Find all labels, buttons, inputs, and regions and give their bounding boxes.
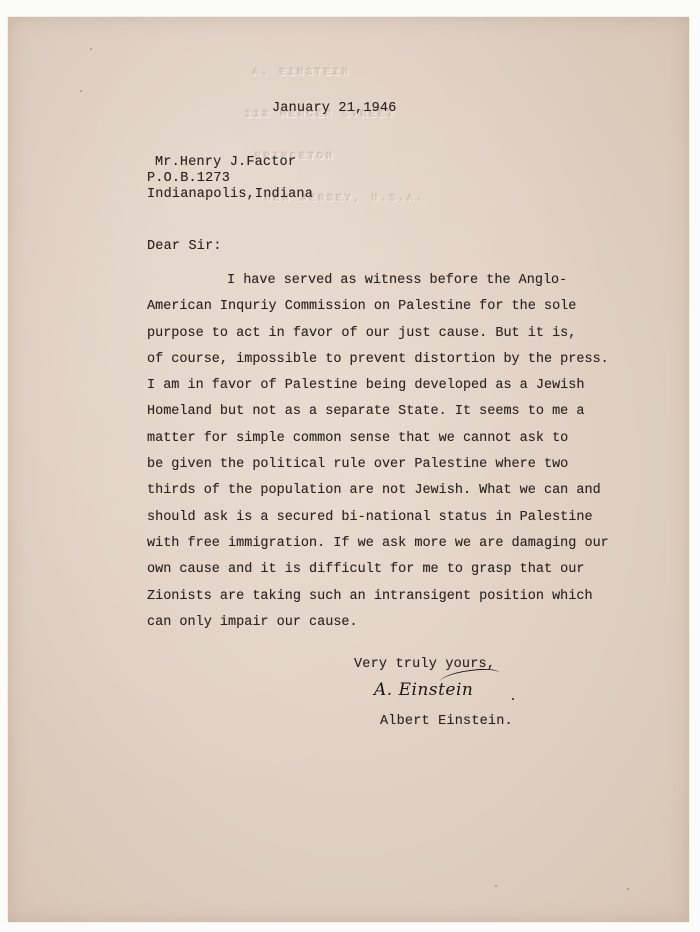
recipient-address-line1: P.O.B.1273 (147, 171, 230, 187)
body-line: Zionists are taking such an intransigent… (147, 584, 627, 610)
body-line: can only impair our cause. (147, 610, 627, 636)
paper-speck (627, 888, 629, 890)
recipient-address-line2: Indianapolis,Indiana (147, 187, 313, 203)
body-line: American Inquriy Commission on Palestine… (147, 294, 627, 320)
body-line: with free immigration. If we ask more we… (147, 531, 627, 557)
paper-speck (495, 885, 497, 887)
body-line: thirds of the population are not Jewish.… (147, 478, 627, 504)
typed-signatory-name: Albert Einstein. (380, 714, 513, 729)
handwritten-signature: A. Einstein (374, 680, 473, 700)
recipient-name: Mr.Henry J.Factor (155, 155, 296, 171)
body-line: I have served as witness before the Angl… (147, 268, 627, 294)
body-line: of course, impossible to prevent distort… (147, 347, 627, 373)
body-line: matter for simple common sense that we c… (147, 426, 627, 452)
paper-speck (80, 90, 82, 92)
paper-speck (90, 48, 92, 50)
body-line: Homeland but not as a separate State. It… (147, 399, 627, 425)
body-line: purpose to act in favor of our just caus… (147, 321, 627, 347)
body-line: should ask is a secured bi-national stat… (147, 505, 627, 531)
letter-date: January 21,1946 (272, 101, 397, 116)
body-line: own cause and it is difficult for me to … (147, 557, 627, 583)
signature-dot (512, 698, 514, 700)
salutation: Dear Sir: (147, 239, 222, 254)
letter-body: I have served as witness before the Angl… (147, 268, 627, 636)
body-line: be given the political rule over Palesti… (147, 452, 627, 478)
letterhead-line: A. EINSTEIN (245, 66, 425, 80)
body-line: I am in favor of Palestine being develop… (147, 373, 627, 399)
